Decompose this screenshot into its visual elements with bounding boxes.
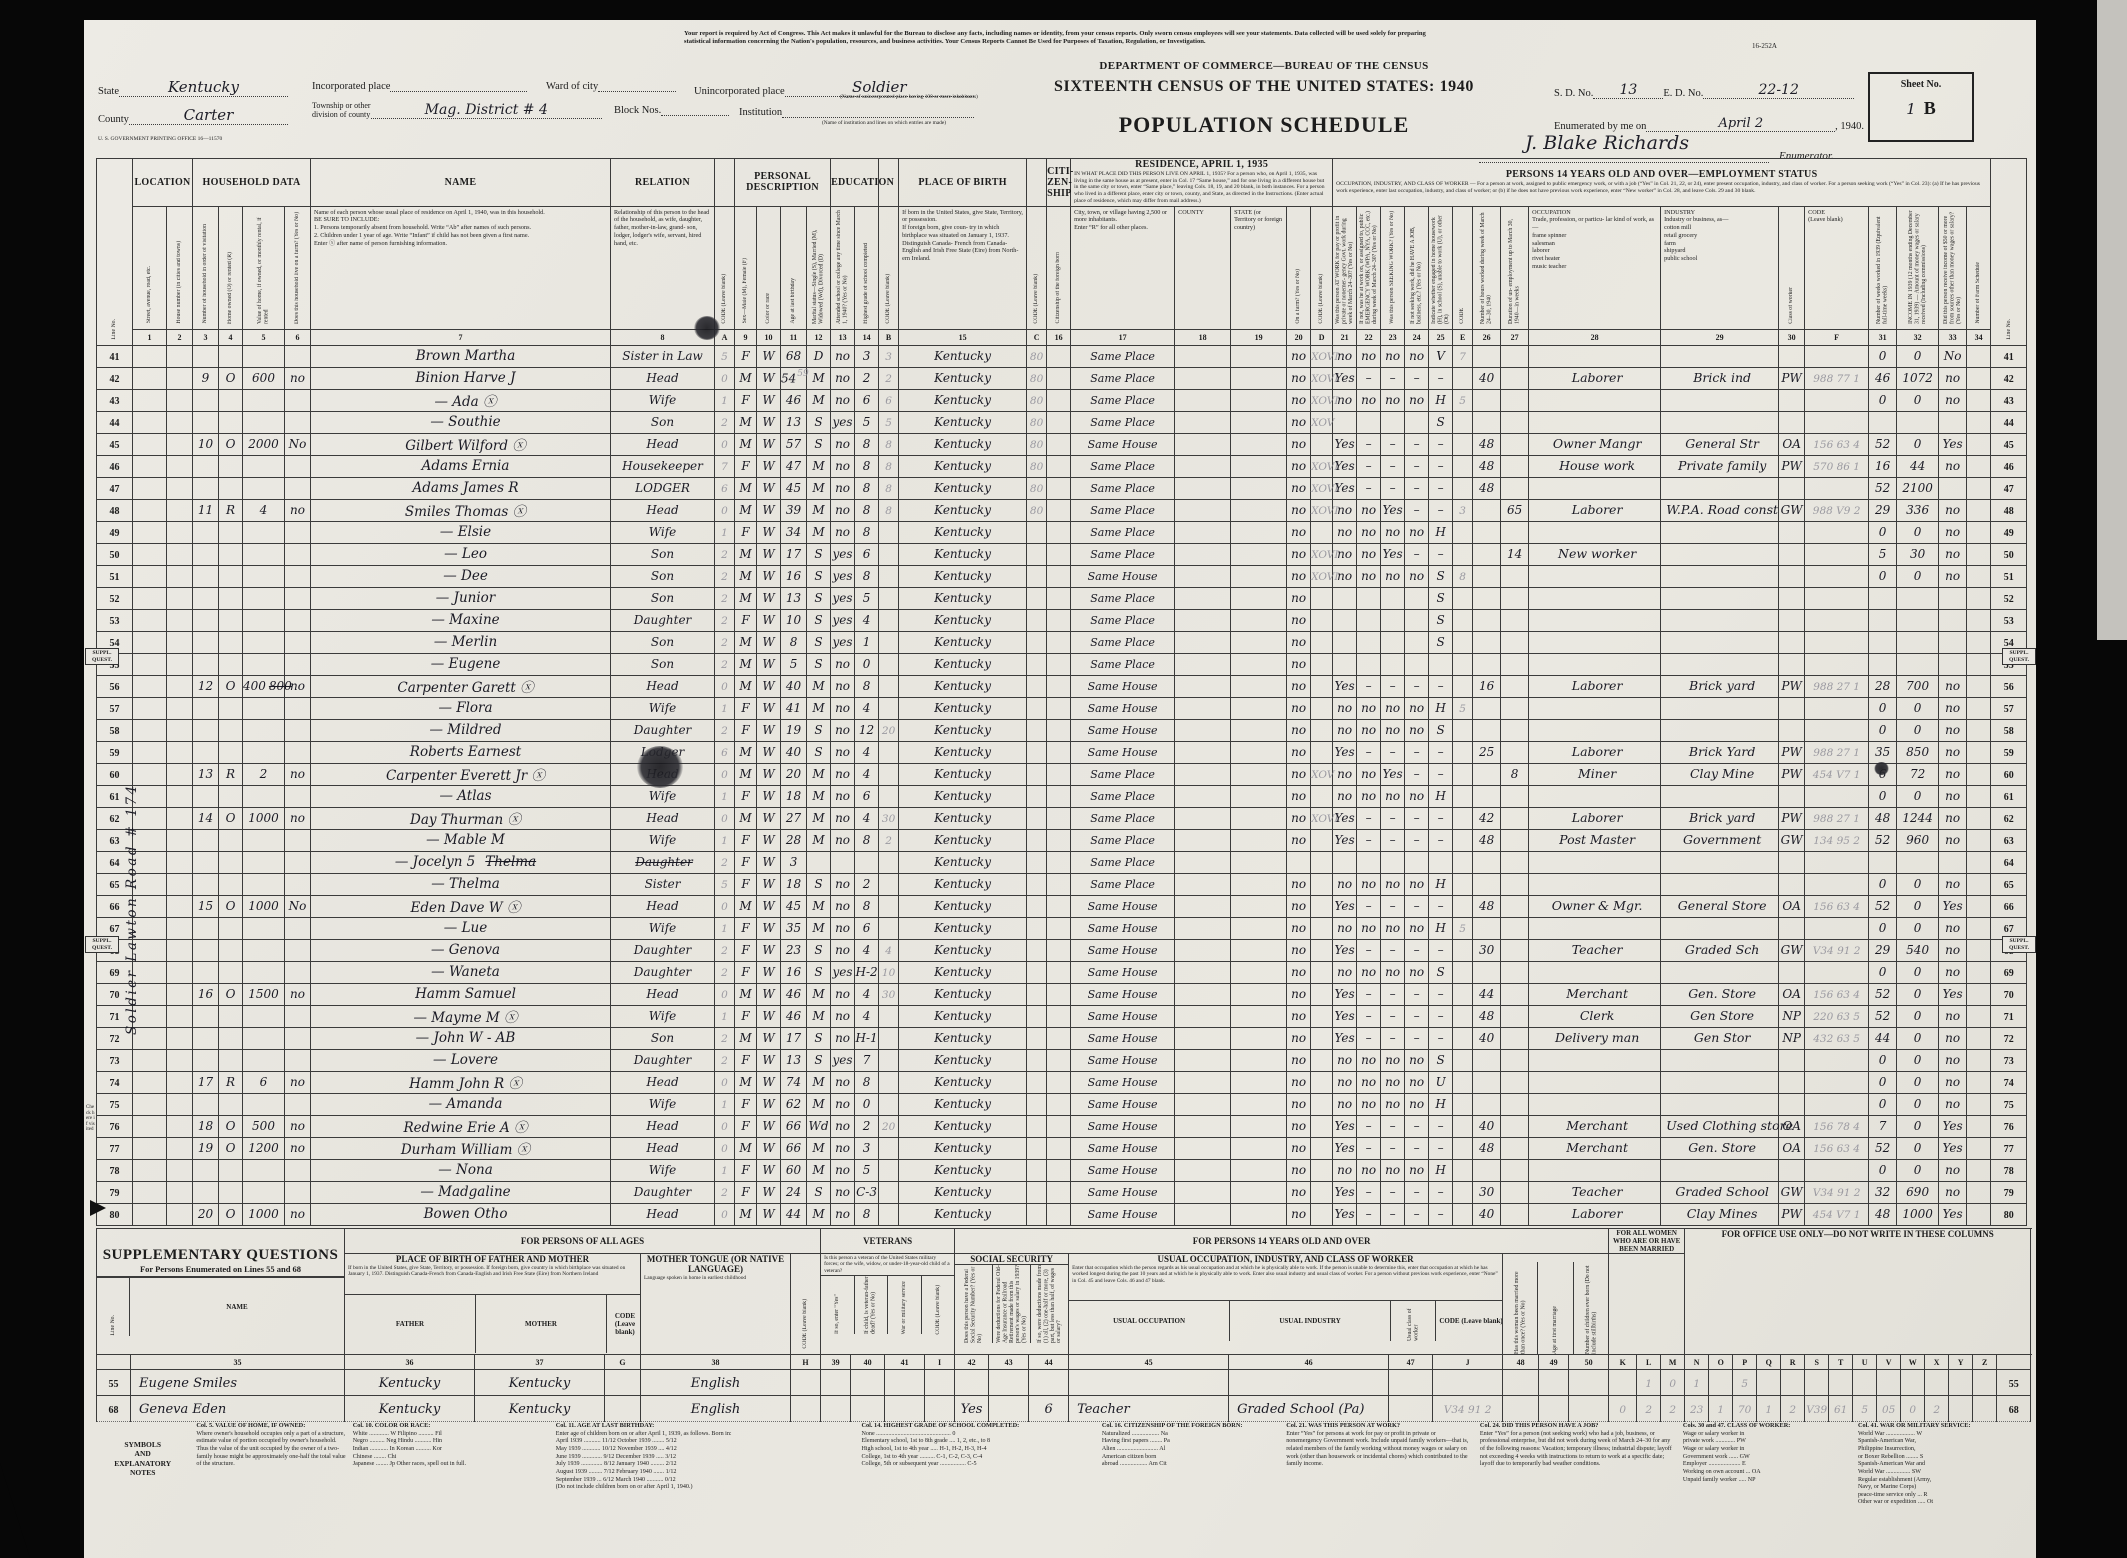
cell-hn [167, 917, 193, 939]
column-group-household-data: HOUSEHOLD DATA [193, 159, 311, 207]
cell-race: W [757, 345, 781, 367]
cell-lnr: 45 [1991, 433, 2027, 455]
cell-lnr: 52 [1991, 587, 2027, 609]
cell-cty [1175, 1049, 1231, 1071]
cell-age: 74 [781, 1071, 807, 1093]
cell-birth: Kentucky [899, 609, 1027, 631]
cell-dur [1501, 565, 1529, 587]
cell-sch: no [831, 873, 855, 895]
cell-ln: 41 [97, 345, 133, 367]
cell-oi: no [1939, 917, 1967, 939]
column-desc-w25: Indicate whether engaged in home housewo… [1429, 206, 1453, 329]
cell-fa: Kentucky [345, 1396, 475, 1422]
cell-gr: 2 [855, 873, 879, 895]
cell-w24 [1405, 631, 1429, 653]
cell-wks: 52 [1869, 433, 1897, 455]
cell-w24: – [1405, 763, 1429, 785]
cell-wks: 0 [1869, 565, 1897, 587]
cell-f [1805, 521, 1869, 543]
cell-age: 46 [781, 983, 807, 1005]
cell-w21: no [1333, 389, 1357, 411]
cell-fm [285, 455, 311, 477]
cell-lnr: 51 [1991, 565, 2027, 587]
cell-d [1311, 829, 1333, 851]
cell-a: 0 [715, 675, 735, 697]
cell-own: O [219, 367, 243, 389]
column-number-ind: 29 [1661, 329, 1779, 345]
cell-occ [1529, 961, 1661, 983]
cell-hrs: 42 [1473, 807, 1501, 829]
cell-ind [1661, 961, 1779, 983]
person-row-80: 8020O1000noBowen OthoHead0MW44Mno8Kentuc… [97, 1203, 2027, 1225]
cell-ind: W.P.A. Road const [1661, 499, 1779, 521]
cell-wks [1869, 411, 1897, 433]
cell-sch: no [831, 433, 855, 455]
cell-race: W [757, 785, 781, 807]
cell-f [1805, 653, 1869, 675]
cell-rel: Housekeeper [611, 455, 715, 477]
cell-fs [1967, 455, 1991, 477]
cell-occ [1529, 345, 1661, 367]
person-row-41: 41Brown MarthaSister in Law5FW68Dno33Ken… [97, 345, 2027, 367]
cell-f: 220 63 5 [1805, 1005, 1869, 1027]
cell-w25: – [1429, 763, 1453, 785]
banner-office-use: FOR OFFICE USE ONLY—DO NOT WRITE IN THES… [1685, 1229, 2031, 1355]
cell-oi: Yes [1939, 433, 1967, 455]
cell-rfm: no [1287, 631, 1311, 653]
cell-name: Adams Ernia [311, 455, 611, 477]
cell-cty [1175, 851, 1231, 873]
cell-hh [193, 851, 219, 873]
cell-fs [1967, 1027, 1991, 1049]
cell-a: 5 [715, 873, 735, 895]
cell-w23: no [1381, 1159, 1405, 1181]
cell-ind [1661, 697, 1779, 719]
cell-val [243, 1027, 285, 1049]
cell-e [1453, 1093, 1473, 1115]
cell-cls: NP [1779, 1027, 1805, 1049]
cell-hn [167, 653, 193, 675]
cell-dur [1501, 895, 1529, 917]
cell-b: 2 [879, 829, 899, 851]
cell-fs [1967, 433, 1991, 455]
cell-birth: Kentucky [899, 477, 1027, 499]
cell-hn [167, 785, 193, 807]
cell-val [243, 829, 285, 851]
cell-rfm: no [1287, 499, 1311, 521]
cell-hh [193, 873, 219, 895]
cell-age: 13 [781, 587, 807, 609]
cell-name: — Jocelyn 5Thelma [311, 851, 611, 873]
cell-rfm: no [1287, 455, 1311, 477]
column-desc-rfm: On a farm? (Yes or No) [1287, 206, 1311, 329]
cell-age: 40 [781, 741, 807, 763]
block-field: Block Nos. [614, 102, 729, 116]
cell-val [243, 455, 285, 477]
cell-sch: no [831, 1005, 855, 1027]
cell-f: 156 63 4 [1805, 1137, 1869, 1159]
cell-w21: Yes [1333, 1203, 1357, 1225]
cell-hn [167, 1181, 193, 1203]
cell-w21: Yes [1333, 895, 1357, 917]
cell-ind: Gen Stor [1661, 1027, 1779, 1049]
cell-dur [1501, 455, 1529, 477]
cell-fs [1967, 983, 1991, 1005]
cell-w25: – [1429, 1137, 1453, 1159]
column-desc-wks: Number of weeks worked in 1939 (Equivale… [1869, 206, 1897, 329]
cell-own: R [219, 1071, 243, 1093]
column-desc-b: CODE (Leave blank) [879, 206, 899, 329]
cell-res: Same House [1071, 917, 1175, 939]
cell-fm [285, 543, 311, 565]
cell-cls: GW [1779, 1181, 1805, 1203]
cell-f [1805, 961, 1869, 983]
cell-race: W [757, 1027, 781, 1049]
cell-b [879, 851, 899, 873]
cell-cty [1175, 873, 1231, 895]
cell-d: XOV [1311, 411, 1333, 433]
cell-wag: 700 [1897, 675, 1939, 697]
cell-fs [1967, 741, 1991, 763]
cell-own [219, 785, 243, 807]
cell-w21: no [1333, 345, 1357, 367]
cell-mar: M [807, 983, 831, 1005]
cell-mar: S [807, 587, 831, 609]
cell-rel: Wife [611, 1159, 715, 1181]
cell-f [1805, 389, 1869, 411]
cell-w24: no [1405, 961, 1429, 983]
cell-wag: 0 [1897, 345, 1939, 367]
cell-own [219, 631, 243, 653]
cell-ind [1661, 719, 1779, 741]
person-row-73: 73— LovereDaughter2FW13Syes7KentuckySame… [97, 1049, 2027, 1071]
cell-cty [1175, 1137, 1231, 1159]
cell-f: 988 27 1 [1805, 675, 1869, 697]
column-number-dur: 27 [1501, 329, 1529, 345]
cell-rel: Wife [611, 1093, 715, 1115]
cell-stt [1231, 389, 1287, 411]
supp-office-K: K [1609, 1355, 1637, 1370]
cell-fs [1967, 389, 1991, 411]
cell-wag: 0 [1897, 873, 1939, 895]
cell-e [1453, 1203, 1473, 1225]
cell-wag [1897, 609, 1939, 631]
cell-hrs [1473, 499, 1501, 521]
cell-d [1311, 1181, 1333, 1203]
cell-st [133, 1093, 167, 1115]
cell-race: W [757, 1071, 781, 1093]
cell-c [1027, 917, 1047, 939]
cell-name: — Nona [311, 1159, 611, 1181]
cell-w24: no [1405, 785, 1429, 807]
cell-mar: S [807, 609, 831, 631]
cell-occ: Owner Mangr [1529, 433, 1661, 455]
cell-hh [193, 1049, 219, 1071]
cell-ind [1661, 851, 1779, 873]
cell-a: 6 [715, 477, 735, 499]
cell-b: 4 [879, 939, 899, 961]
cell-wag: 336 [1897, 499, 1939, 521]
cell-c [1027, 697, 1047, 719]
cell-gr: 5 [855, 1159, 879, 1181]
cell-cit [1047, 653, 1071, 675]
cell-gr: 8 [855, 521, 879, 543]
cell-sch: no [831, 1071, 855, 1093]
cell-fs [1967, 367, 1991, 389]
person-row-70: 7016O1500noHamm SamuelHead0MW46Mno430Ken… [97, 983, 2027, 1005]
sheet-number-box: Sheet No. 1 B [1868, 72, 1974, 142]
cell-fm [285, 741, 311, 763]
cell-oi: Yes [1939, 1203, 1967, 1225]
cell-s42 [955, 1370, 989, 1396]
cell-race: W [757, 983, 781, 1005]
cell-w24: – [1405, 895, 1429, 917]
cell-gr: 4 [855, 697, 879, 719]
cell-stt [1231, 455, 1287, 477]
cell-stt [1231, 917, 1287, 939]
cell-f: V34 91 2 [1805, 1181, 1869, 1203]
cell-d [1311, 1049, 1333, 1071]
cell-fm: no [285, 807, 311, 829]
supp-num-47: 47 [1389, 1355, 1433, 1370]
cell-cit [1047, 983, 1071, 1005]
supplement-row-55: 55Eugene SmilesKentuckyKentuckyEnglish10… [97, 1370, 2031, 1396]
cell-birth: Kentucky [899, 741, 1027, 763]
cell-hrs [1473, 609, 1501, 631]
cell-oi [1939, 411, 1967, 433]
cell-name: — Eugene [311, 653, 611, 675]
cell-w24: – [1405, 983, 1429, 1005]
cell-dur [1501, 653, 1529, 675]
cell-cls: OA [1779, 983, 1805, 1005]
cell-a: 7 [715, 455, 735, 477]
cell-hrs [1473, 631, 1501, 653]
column-desc-rel: Relationship of this person to the head … [611, 206, 715, 329]
cell-name: — Genova [311, 939, 611, 961]
cell-cty [1175, 411, 1231, 433]
cell-wks: 0 [1869, 1049, 1897, 1071]
cell-hh [193, 543, 219, 565]
cell-oi: no [1939, 675, 1967, 697]
cell-w24 [1405, 609, 1429, 631]
cell-hh [193, 345, 219, 367]
cell-fs [1967, 807, 1991, 829]
cell-dur [1501, 433, 1529, 455]
cell-cit [1047, 1137, 1071, 1159]
cell-a: 0 [715, 1137, 735, 1159]
ward-field: Ward of city [546, 78, 676, 92]
cell-lnr: 79 [1991, 1181, 2027, 1203]
column-number-w22: 22 [1357, 329, 1381, 345]
cell-name: Geneva Eden [131, 1396, 345, 1422]
cell-office-W: 0 [1901, 1396, 1925, 1422]
cell-sex: F [735, 1049, 757, 1071]
cell-fs [1967, 895, 1991, 917]
cell-w25: – [1429, 543, 1453, 565]
cell-own [219, 477, 243, 499]
cell-e [1453, 1137, 1473, 1159]
cell-val [243, 873, 285, 895]
cell-I [925, 1370, 955, 1396]
cell-fm: no [285, 1137, 311, 1159]
cell-mar: S [807, 961, 831, 983]
cell-stt [1231, 565, 1287, 587]
cell-gr: 2 [855, 1115, 879, 1137]
column-number-w23: 23 [1381, 329, 1405, 345]
supp-office-X: X [1925, 1355, 1949, 1370]
cell-ind [1661, 917, 1779, 939]
cell-gr: 8 [855, 499, 879, 521]
cell-w24: – [1405, 1181, 1429, 1203]
cell-w22: no [1357, 389, 1381, 411]
cell-w21 [1333, 851, 1357, 873]
cell-w22 [1357, 631, 1381, 653]
cell-c [1027, 873, 1047, 895]
cell-hrs: 48 [1473, 1005, 1501, 1027]
cell-w23: – [1381, 895, 1405, 917]
cell-w25: S [1429, 565, 1453, 587]
cell-oi: No [1939, 345, 1967, 367]
cell-birth: Kentucky [899, 983, 1027, 1005]
cell-name: Carpenter Garett ⓧ [311, 675, 611, 697]
column-desc-occ: OCCUPATION Trade, profession, or particu… [1529, 206, 1661, 329]
cell-sex: F [735, 455, 757, 477]
cell-sch: no [831, 1093, 855, 1115]
cell-oi: Yes [1939, 1115, 1967, 1137]
incorporated-place-field: Incorporated place [312, 78, 527, 92]
cell-rfm [1287, 851, 1311, 873]
cell-stt [1231, 675, 1287, 697]
cell-own: R [219, 499, 243, 521]
cell-wks: 0 [1869, 873, 1897, 895]
cell-age: 27 [781, 807, 807, 829]
cell-f: 156 78 4 [1805, 1115, 1869, 1137]
cell-oi: Yes [1939, 983, 1967, 1005]
cell-mar: M [807, 829, 831, 851]
cell-sex: F [735, 1115, 757, 1137]
column-number-age: 11 [781, 329, 807, 345]
cell-b [879, 631, 899, 653]
cell-c: 80 [1027, 411, 1047, 433]
cell-w21 [1333, 411, 1357, 433]
cell-wag: 540 [1897, 939, 1939, 961]
cell-cit [1047, 1159, 1071, 1181]
column-desc-w23: Was this person SEEKING WORK? (Yes or No… [1381, 206, 1405, 329]
cell-stt [1231, 433, 1287, 455]
cell-w21: no [1333, 1071, 1357, 1093]
cell-stt [1231, 785, 1287, 807]
cell-f: 988 27 1 [1805, 807, 1869, 829]
cell-rfm: no [1287, 873, 1311, 895]
supp-num-line [97, 1355, 131, 1370]
cell-cty [1175, 697, 1231, 719]
cell-c [1027, 895, 1047, 917]
cell-office-L: 2 [1637, 1396, 1661, 1422]
cell-dur [1501, 1027, 1529, 1049]
cell-w24: – [1405, 543, 1429, 565]
cell-w25: S [1429, 609, 1453, 631]
cell-rel: Daughter [611, 961, 715, 983]
cell-hh [193, 1093, 219, 1115]
cell-e [1453, 785, 1473, 807]
cell-w23: no [1381, 697, 1405, 719]
column-desc-cty: COUNTY [1175, 206, 1231, 329]
cell-wks: 16 [1869, 455, 1897, 477]
cell-mar: S [807, 543, 831, 565]
cell-w21: Yes [1333, 807, 1357, 829]
cell-b: 5 [879, 411, 899, 433]
cell-office-V [1877, 1370, 1901, 1396]
cell-sex: M [735, 895, 757, 917]
cell-a: 1 [715, 1005, 735, 1027]
cell-wks: 32 [1869, 1181, 1897, 1203]
column-number-fm: 6 [285, 329, 311, 345]
cell-age: 3 [781, 851, 807, 873]
cell-rfm: no [1287, 829, 1311, 851]
cell-name: — Leo [311, 543, 611, 565]
cell-w23: – [1381, 939, 1405, 961]
cell-f: 988 77 1 [1805, 367, 1869, 389]
cell-s42: Yes [955, 1396, 989, 1422]
person-row-77: 7719O1200noDurham William ⓧHead0MW66Mno3… [97, 1137, 2027, 1159]
cell-mar: S [807, 1027, 831, 1049]
column-number-mar: 12 [807, 329, 831, 345]
supp-office-Y: Y [1949, 1355, 1973, 1370]
cell-wag: 0 [1897, 983, 1939, 1005]
cell-w23: – [1381, 675, 1405, 697]
cell-birth: Kentucky [899, 587, 1027, 609]
cell-name: Gilbert Wilford ⓧ [311, 433, 611, 455]
cell-name: — Mable M [311, 829, 611, 851]
column-desc-sch: Attended school or college any time sinc… [831, 206, 855, 329]
state-value: Kentucky [168, 78, 239, 96]
cell-e [1453, 455, 1473, 477]
cell-race: W [757, 1115, 781, 1137]
cell-birth: Kentucky [899, 653, 1027, 675]
cell-cls: PW [1779, 367, 1805, 389]
cell-fs [1967, 917, 1991, 939]
cell-a: 2 [715, 609, 735, 631]
cell-name: — Elsie [311, 521, 611, 543]
cell-w21: Yes [1333, 1137, 1357, 1159]
cell-w22: – [1357, 367, 1381, 389]
cell-wag: 0 [1897, 1005, 1939, 1027]
cell-ind [1661, 1049, 1779, 1071]
cell-res: Same House [1071, 1203, 1175, 1225]
banner-fourteen: FOR PERSONS 14 YEARS OLD AND OVER [955, 1229, 1609, 1254]
cell-dur [1501, 521, 1529, 543]
cell-age: 44 [781, 1203, 807, 1225]
cell-race: W [757, 675, 781, 697]
cell-occ: Laborer [1529, 1203, 1661, 1225]
cell-stt [1231, 829, 1287, 851]
cell-w23: – [1381, 1203, 1405, 1225]
cell-cit [1047, 521, 1071, 543]
cell-sch: yes [831, 587, 855, 609]
cell-w24: – [1405, 477, 1429, 499]
cell-birth: Kentucky [899, 1049, 1027, 1071]
cell-val [243, 1049, 285, 1071]
cell-w22: no [1357, 499, 1381, 521]
cell-fs [1967, 1071, 1991, 1093]
cell-name: Eden Dave W ⓧ [311, 895, 611, 917]
column-number-cls: 30 [1779, 329, 1805, 345]
cell-fs [1967, 1137, 1991, 1159]
cell-d [1311, 873, 1333, 895]
cell-d: XOVI [1311, 345, 1333, 367]
cell-race: W [757, 697, 781, 719]
cell-cty [1175, 829, 1231, 851]
